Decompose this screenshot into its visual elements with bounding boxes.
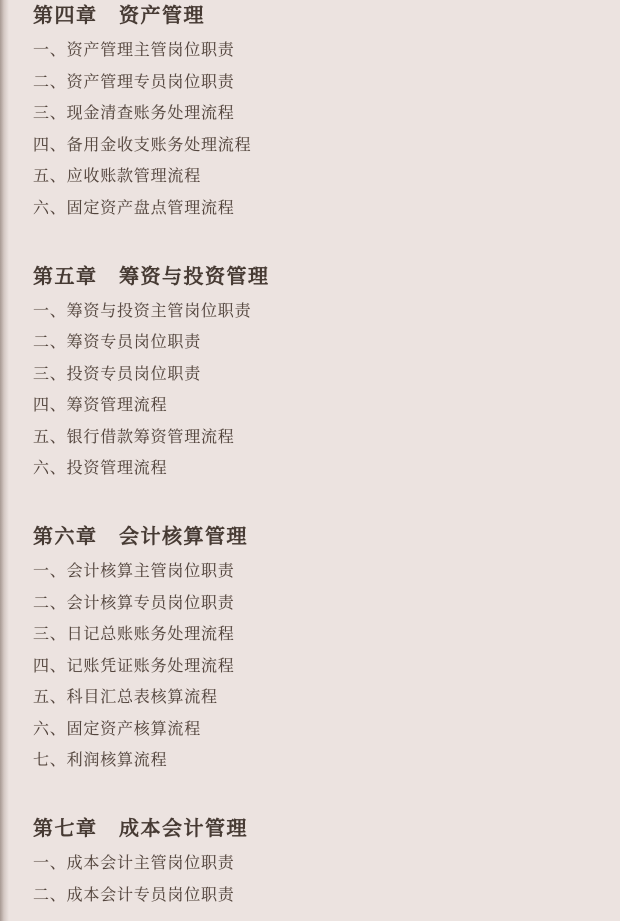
toc-item: 三、日记总账账务处理流程: [33, 627, 235, 643]
toc-item: 一、筹资与投资主管岗位职责: [33, 304, 251, 320]
toc-item: 三、现金清查账务处理流程: [33, 106, 235, 122]
toc-item: 二、资产管理专员岗位职责: [33, 75, 235, 91]
toc-item: 六、投资管理流程: [33, 461, 167, 477]
toc-item: 二、成本会计专员岗位职责: [33, 888, 235, 904]
toc-item: 一、成本会计主管岗位职责: [33, 856, 235, 872]
toc-item: 三、投资专员岗位职责: [33, 367, 201, 383]
toc-item: 四、记账凭证账务处理流程: [33, 659, 235, 675]
chapter-heading-7: 第七章 成本会计管理: [33, 819, 248, 839]
toc-item: 二、会计核算专员岗位职责: [33, 596, 235, 612]
chapter-heading-4: 第四章 资产管理: [33, 6, 205, 26]
toc-item: 一、会计核算主管岗位职责: [33, 564, 235, 580]
chapter-heading-6: 第六章 会计核算管理: [33, 527, 248, 547]
document-page: 第四章 资产管理 一、资产管理主管岗位职责 二、资产管理专员岗位职责 三、现金清…: [0, 0, 620, 921]
toc-item: 五、应收账款管理流程: [33, 169, 201, 185]
toc-item: 一、资产管理主管岗位职责: [33, 43, 235, 59]
toc-item: 五、科目汇总表核算流程: [33, 690, 218, 706]
toc-item: 六、固定资产盘点管理流程: [33, 201, 235, 217]
toc-item: 二、筹资专员岗位职责: [33, 335, 201, 351]
toc-item: 六、固定资产核算流程: [33, 722, 201, 738]
toc-item: 四、备用金收支账务处理流程: [33, 138, 251, 154]
toc-item: 七、利润核算流程: [33, 753, 167, 769]
toc-item: 五、银行借款筹资管理流程: [33, 430, 235, 446]
chapter-heading-5: 第五章 筹资与投资管理: [33, 267, 270, 287]
page-binding-shadow: [0, 0, 9, 921]
toc-item: 四、筹资管理流程: [33, 398, 167, 414]
